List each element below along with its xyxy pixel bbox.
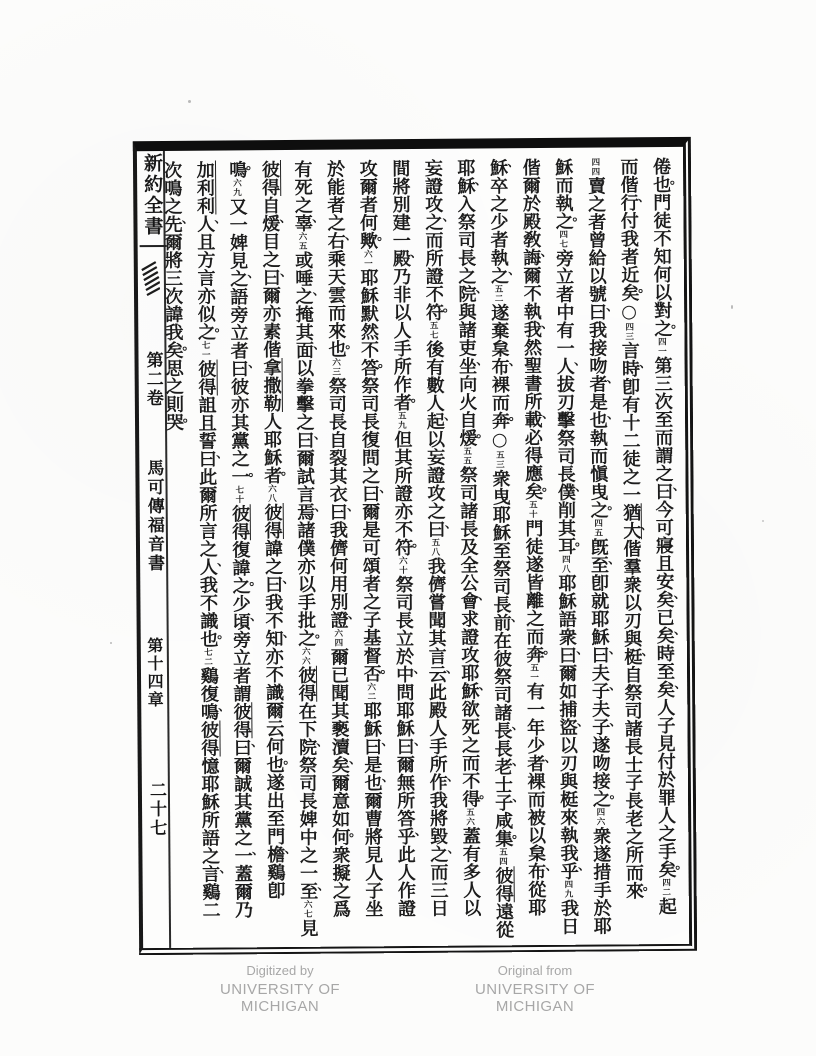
proper-name: 彼得 [229,504,251,540]
verse-number: 四一 [656,337,666,356]
verse-number: 四五 [593,519,603,538]
verse-number: 六四 [333,629,343,648]
credit-line: Digitized by [190,963,370,978]
verse-number: 四二 [661,878,671,897]
scripture-column: 次鳴之先、爾將三次諱我矣。思之則哭。 [155,161,193,938]
verse-number: 六十 [397,556,407,575]
scripture-column: 於能者之右、乘天雲而來也。六三祭司長自裂其衣曰、我儕何用別證、六四爾已聞其褻瀆矣… [317,159,356,936]
scan-noise-speck [188,100,191,103]
verse-number: 五一 [529,663,539,682]
verse-number: 五五 [462,447,472,466]
scripture-column: 四四賣之者曾給以號曰、我接吻者、是也、執而愼曳之。四五旣至、卽就耶穌曰、夫子、夫… [578,157,617,934]
verse-number: 五八 [430,538,440,557]
credit-institution: UNIVERSITY OF MICHIGAN [445,981,625,1015]
verse-number: 四九 [563,880,573,899]
scripture-column: 穌而執之。四七旁立者中有一人、拔刃擊祭司長僕、削其耳。四八耶穌語衆曰、爾如捕盜、… [546,158,585,935]
verse-number: 五九 [396,411,406,430]
verse-number: 六二 [366,682,376,701]
verse-number: 六五 [297,232,307,251]
scripture-column: 彼得自煖、目之曰、爾亦素偕拿撒勒人耶穌者。六八彼得諱之曰、我不知、亦不識爾云何也… [252,160,291,937]
scripture-column: 倦也。門徒不知何以對之。四一第三次至而謂之曰、今可寢且安矣、已矣、時至矣、人子見… [643,157,682,934]
proper-name: 彼得 [493,866,515,902]
proper-name: 彼得 [259,160,281,196]
verse-number: 四四 [590,158,600,177]
verse-number: 五三 [494,450,504,469]
scripture-column: 間將別建一殿、乃非以人手所作者。五九但其所證亦不符。六十祭司長立於中、問耶穌曰、… [383,159,422,936]
scripture-column: 偕爾於殿敎誨、爾不執我、然聖書所載、必得應矣。五十門徒遂皆離之而奔。五一有一年少… [513,158,552,935]
verse-number: 五四 [497,847,507,866]
proper-name: 加利利 [194,161,216,215]
scripture-column: 加利利人、且方言亦似之。七一彼得詛且誓曰、此爾所言之人、我不識也。七二鷄復鳴、彼… [187,161,226,938]
original-from-credit: Original from UNIVERSITY OF MICHIGAN [445,963,625,1015]
digitized-by-credit: Digitized by UNIVERSITY OF MICHIGAN [190,963,370,1015]
scripture-column: 鳴。六九又一婢見之、語旁立者曰、彼亦其黨之一。七十彼得復諱之。少頃、旁立者謂彼得… [220,160,259,937]
scripture-column: 攻爾者何歟。六一耶穌默然不答。祭司長復問之曰、爾是可頌者之子基督否。六二耶穌曰、… [350,159,389,936]
page-frame: 新約全書 第二卷 馬可傳福音書 第十四章 二十七 倦也。門徒不知何以對之。四一第… [133,137,697,955]
verse-number: 四三 [624,322,634,341]
verse-number: 六六 [300,647,310,666]
proper-name: 彼得 [295,666,317,702]
scan-noise-speck [110,642,112,644]
verse-number: 五十 [527,500,537,519]
verse-number: 六三 [331,358,341,377]
proper-name: 彼得 [198,721,220,757]
proper-name: 彼得 [262,503,284,539]
verse-number: 四八 [560,555,570,574]
verse-number: 六九 [231,178,241,197]
verse-number: 六七 [302,900,312,919]
verse-number: 六一 [362,249,372,268]
scan-noise-speck [731,305,733,309]
scripture-column: 耶穌、入祭司長之院、與諸吏坐、向火自煖。五五祭司諸長及全公會、求證攻耶穌、欲死之… [448,158,487,935]
scripture-column: 妄證攻之、而所證不符。五七後有數人起、以妄證攻之曰、五八我儕嘗聞其言云、此殿人手… [415,159,454,936]
scripture-column: 穌、卒之少者執之、五二遂棄枲布、裸而奔。○五三衆曳耶穌至祭司長前、在彼祭司諸長、… [480,158,519,935]
scripture-column: 有死之辜、六五或唾之、掩其面、以拳擊之曰、爾試言焉、諸僕亦以手批之。六六彼得在下… [285,160,324,937]
text-block: 倦也。門徒不知何以對之。四一第三次至而謂之曰、今可寢且安矣、已矣、時至矣、人子見… [167,147,687,948]
verse-number: 七一 [200,341,210,360]
proper-name: 拿撒勒 [260,358,282,412]
credit-institution: UNIVERSITY OF MICHIGAN [190,981,370,1015]
verse-number: 七十 [234,485,244,504]
verse-number: 五六 [464,808,474,827]
credit-line: Original from [445,963,625,978]
proper-name: 彼得 [231,702,253,738]
verse-number: 四六 [595,808,605,827]
verse-number: 七二 [202,648,212,667]
scripture-column: 而偕行、付我者近矣。○四三言時、卽有十二徒之一猶大、偕羣衆以刃與梃、自祭司諸長士… [611,157,650,934]
verse-number: 五七 [428,321,438,340]
verse-number: 四七 [558,230,568,249]
verse-number: 五二 [493,284,503,303]
verse-number: 六八 [266,484,276,503]
proper-name: 彼得 [195,360,217,396]
scan-noise-speck [762,520,764,522]
